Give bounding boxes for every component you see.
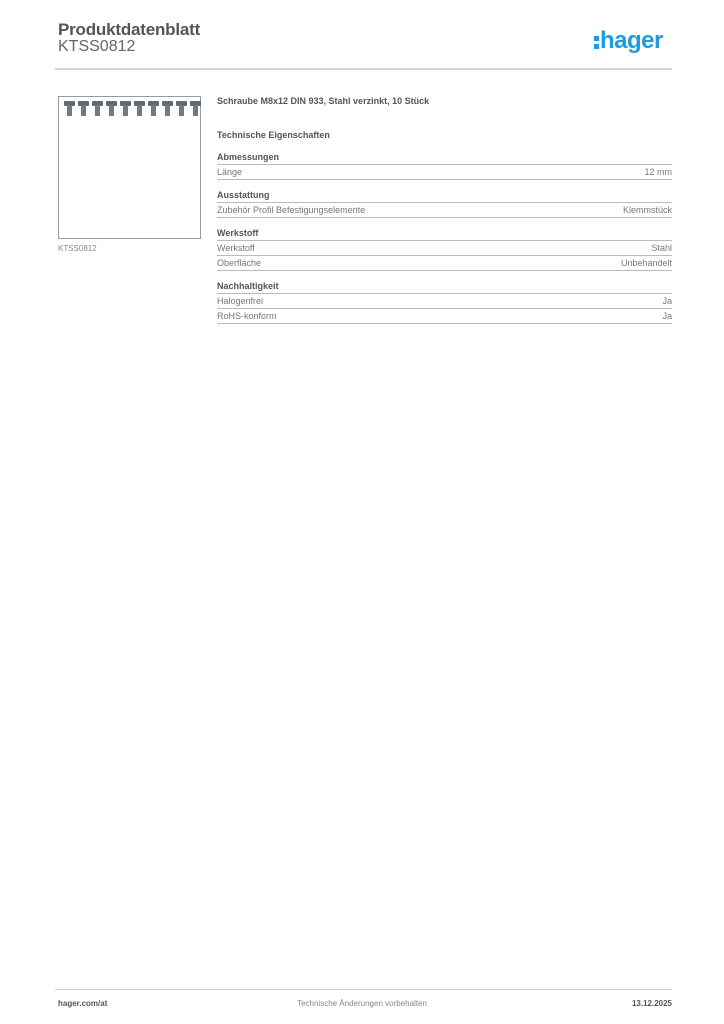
screw-icon (78, 101, 89, 117)
group-nachhaltigkeit: Nachhaltigkeit Halogenfrei Ja RoHS-konfo… (217, 281, 672, 324)
page-title: Produktdatenblatt (58, 20, 200, 40)
group-werkstoff: Werkstoff Werkstoff Stahl Oberfläche Unb… (217, 228, 672, 271)
group-abmessungen: Abmessungen Länge 12 mm (217, 152, 672, 180)
row-label: Zubehör Profil Befestigungselemente (217, 205, 365, 215)
footer-disclaimer: Technische Änderungen vorbehalten (0, 999, 724, 1008)
screw-icon (176, 101, 187, 117)
group-title: Ausstattung (217, 190, 672, 203)
row-label: Werkstoff (217, 243, 255, 253)
table-row: Zubehör Profil Befestigungselemente Klem… (217, 203, 672, 218)
screw-icon (106, 101, 117, 117)
group-ausstattung: Ausstattung Zubehör Profil Befestigungse… (217, 190, 672, 218)
row-value: Stahl (651, 243, 672, 253)
header-divider (55, 68, 672, 70)
product-details: Schraube M8x12 DIN 933, Stahl verzinkt, … (217, 96, 672, 324)
screw-icon (134, 101, 145, 117)
table-row: Halogenfrei Ja (217, 294, 672, 309)
hager-logo: hager (594, 26, 663, 56)
screw-icon (148, 101, 159, 117)
table-row: Oberfläche Unbehandelt (217, 256, 672, 271)
row-label: RoHS-konform (217, 311, 277, 321)
screw-icon (190, 101, 201, 117)
screw-icon (162, 101, 173, 117)
group-title: Nachhaltigkeit (217, 281, 672, 294)
footer-date: 13.12.2025 (632, 999, 672, 1008)
row-label: Halogenfrei (217, 296, 263, 306)
row-value: 12 mm (644, 167, 672, 177)
image-caption: KTSS0812 (58, 244, 97, 253)
screw-icon (92, 101, 103, 117)
screw-icon (64, 101, 75, 117)
table-row: RoHS-konform Ja (217, 309, 672, 324)
footer-divider (55, 989, 672, 990)
product-name: Schraube M8x12 DIN 933, Stahl verzinkt, … (217, 96, 672, 108)
product-image (58, 96, 201, 239)
screws-icon (64, 101, 201, 117)
logo-text: hager (600, 27, 663, 54)
table-row: Länge 12 mm (217, 165, 672, 180)
table-row: Werkstoff Stahl (217, 241, 672, 256)
section-title: Technische Eigenschaften (217, 130, 672, 144)
row-label: Länge (217, 167, 242, 177)
row-value: Unbehandelt (621, 258, 672, 268)
group-title: Werkstoff (217, 228, 672, 241)
row-value: Ja (662, 311, 672, 321)
row-value: Ja (662, 296, 672, 306)
logo-colon-icon (594, 34, 599, 50)
product-code: KTSS0812 (58, 38, 135, 56)
row-value: Klemmstück (623, 205, 672, 215)
screw-icon (120, 101, 131, 117)
group-title: Abmessungen (217, 152, 672, 165)
row-label: Oberfläche (217, 258, 261, 268)
